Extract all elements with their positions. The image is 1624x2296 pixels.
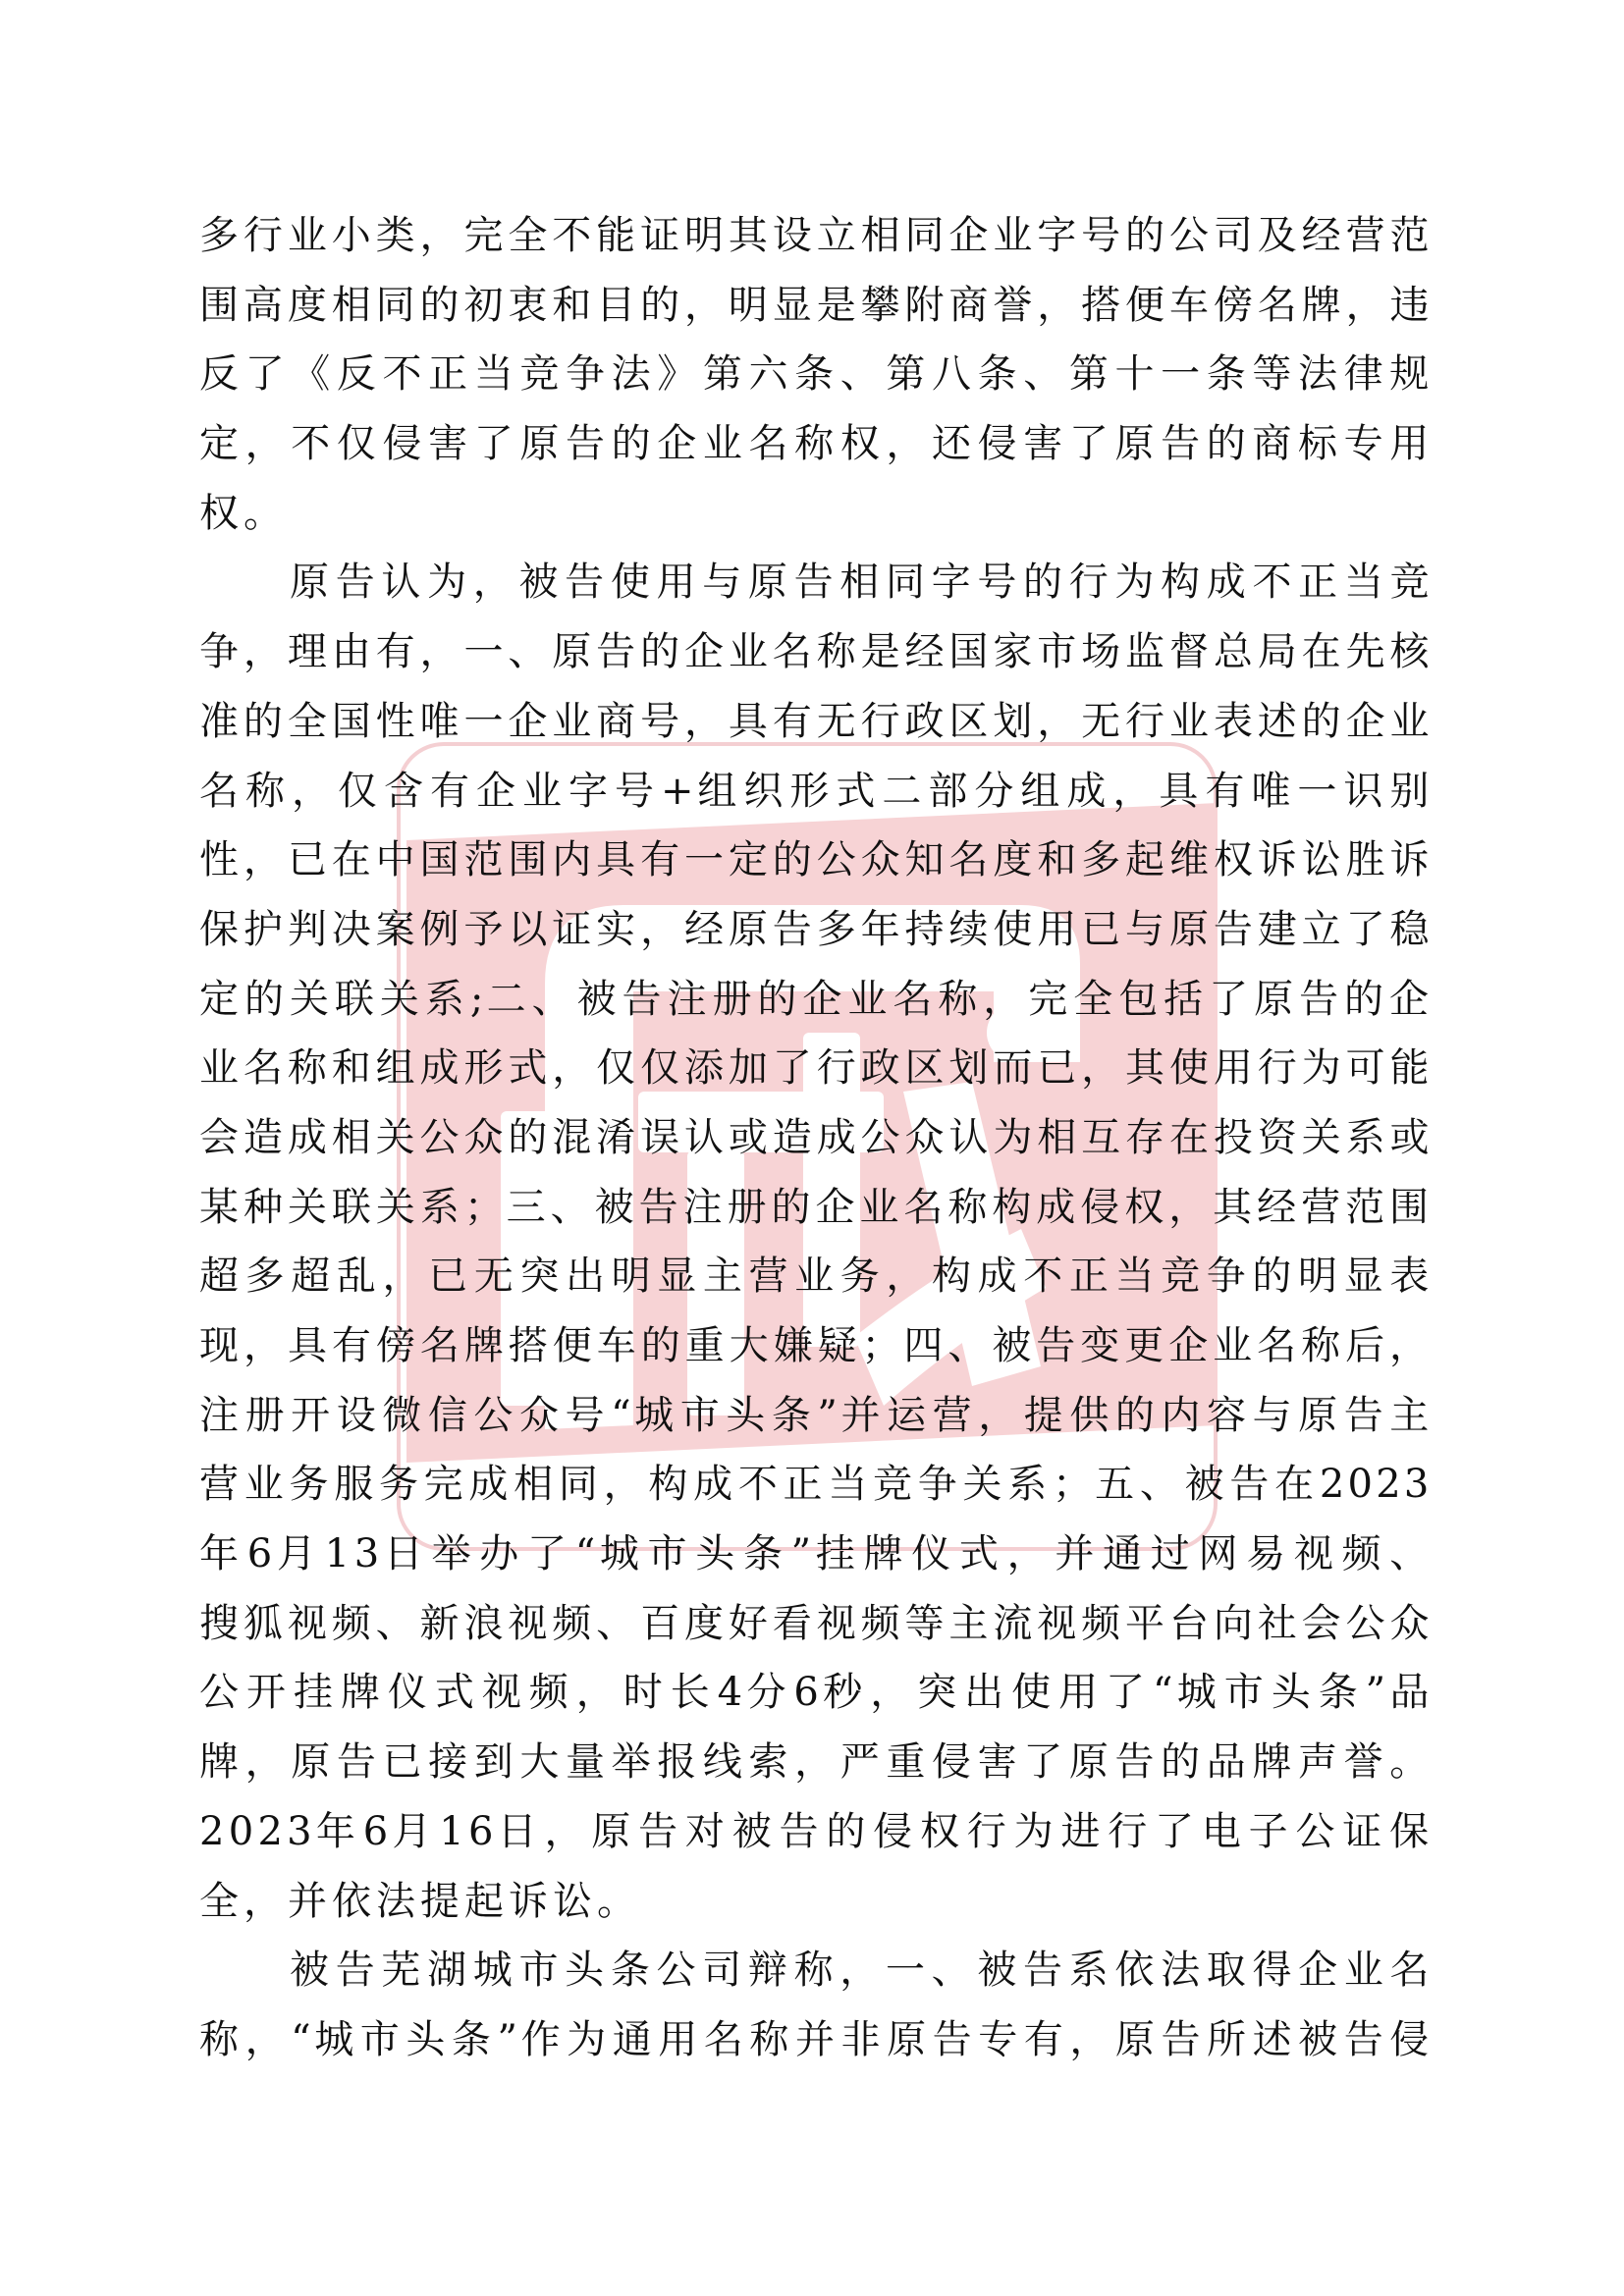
text-line: 某​ 种​ 关​ 联​ 关​ 系​ ；​ 三​ 、​ 被​ 告​ 注​ 册​ 的… <box>199 1173 1429 1243</box>
text-line: 多​ 行​ 业​ 小​ 类​ ，​ 完​ 全​ 不​ 能​ 证​ 明​ 其​ 设… <box>199 201 1429 271</box>
text-line: 超​ 多​ 超​ 乱​ ，​ 已​ 无​ 突​ 出​ 明​ 显​ 主​ 营​ 业… <box>199 1242 1429 1311</box>
paragraph-1: 多​ 行​ 业​ 小​ 类​ ，​ 完​ 全​ 不​ 能​ 证​ 明​ 其​ 设… <box>199 201 1429 548</box>
text-line: 准​ 的​ 全​ 国​ 性​ 唯​ 一​ 企​ 业​ 商​ 号​ ，​ 具​ 有… <box>199 687 1429 757</box>
document-body: 多​ 行​ 业​ 小​ 类​ ，​ 完​ 全​ 不​ 能​ 证​ 明​ 其​ 设… <box>199 201 1429 2075</box>
text-line: 会​ 造​ 成​ 相​ 关​ 公​ 众​ 的​ 混​ 淆​ 误​ 认​ 或​ 造… <box>199 1103 1429 1173</box>
document-page: 多​ 行​ 业​ 小​ 类​ ，​ 完​ 全​ 不​ 能​ 证​ 明​ 其​ 设… <box>0 0 1624 2296</box>
text-line: 现​ ，​ 具​ 有​ 傍​ 名​ 牌​ 搭​ 便​ 车​ 的​ 重​ 大​ 嫌… <box>199 1311 1429 1381</box>
text-line: 名​ 称​ ，​ 仅​ 含​ 有​ 企​ 业​ 字​ 号​ +​ 组​ 织​ 形… <box>199 757 1429 827</box>
text-line: 称​ ，​ “​ 城​ 市​ 头​ 条​ ”​ 作​ 为​ 通​ 用​ 名​ 称… <box>199 2005 1429 2075</box>
paragraph-2: 原​ 告​ 认​ 为​ ，​ 被​ 告​ 使​ 用​ 与​ 原​ 告​ 相​ 同… <box>199 548 1429 1936</box>
text-line: 被​ 告​ 芜​ 湖​ 城​ 市​ 头​ 条​ 公​ 司​ 辩​ 称​ ，​ 一… <box>199 1936 1429 2005</box>
text-line: 公​ 开​ 挂​ 牌​ 仪​ 式​ 视​ 频​ ，​ 时​ 长 4 分 6 秒​… <box>199 1658 1429 1728</box>
text-line: 业​ 名​ 称​ 和​ 组​ 成​ 形​ 式​ ，​ 仅​ 仅​ 添​ 加​ 了… <box>199 1034 1429 1103</box>
text-line: 牌​ ，​ 原​ 告​ 已​ 接​ 到​ 大​ 量​ 举​ 报​ 线​ 索​ ，… <box>199 1728 1429 1797</box>
text-line: 围​ 高​ 度​ 相​ 同​ 的​ 初​ 衷​ 和​ 目​ 的​ ，​ 明​ 显… <box>199 271 1429 341</box>
text-line: 搜​ 狐​ 视​ 频​ 、​ 新​ 浪​ 视​ 频​ 、​ 百​ 度​ 好​ 看… <box>199 1589 1429 1659</box>
text-line: 定​ ，​ 不​ 仅​ 侵​ 害​ 了​ 原​ 告​ 的​ 企​ 业​ 名​ 称… <box>199 409 1429 479</box>
text-line: 争​ ，​ 理​ 由​ 有​ ，​ 一​ 、​ 原​ 告​ 的​ 企​ 业​ 名… <box>199 617 1429 687</box>
text-line: 权。 <box>199 479 1429 549</box>
text-line: 定​ 的​ 关​ 联​ 关​ 系​ ;​ 二​ 、​ 被​ 告​ 注​ 册​ 的… <box>199 965 1429 1035</box>
text-line: 全，并依法提起诉讼。 <box>199 1867 1429 1937</box>
text-line: 保​ 护​ 判​ 决​ 案​ 例​ 予​ 以​ 证​ 实​ ，​ 经​ 原​ 告… <box>199 895 1429 965</box>
paragraph-3: 被​ 告​ 芜​ 湖​ 城​ 市​ 头​ 条​ 公​ 司​ 辩​ 称​ ，​ 一… <box>199 1936 1429 2074</box>
text-line: 原​ 告​ 认​ 为​ ，​ 被​ 告​ 使​ 用​ 与​ 原​ 告​ 相​ 同… <box>199 548 1429 617</box>
text-line: 营​ 业​ 务​ 服​ 务​ 完​ 成​ 相​ 同​ ，​ 构​ 成​ 不​ 正… <box>199 1450 1429 1520</box>
text-line: 性​ ，​ 已​ 在​ 中​ 国​ 范​ 围​ 内​ 具​ 有​ 一​ 定​ 的… <box>199 826 1429 895</box>
text-line: 年 6 月 1​ 3 日​ 举​ 办​ 了​ “​ 城​ 市​ 头​ 条​ ”​… <box>199 1520 1429 1589</box>
text-line: 反​ 了​ 《​ 反​ 不​ 正​ 当​ 竞​ 争​ 法​ 》​ 第​ 六​ 条… <box>199 340 1429 409</box>
text-line: 注​ 册​ 开​ 设​ 微​ 信​ 公​ 众​ 号​ “​ 城​ 市​ 头​ 条… <box>199 1381 1429 1451</box>
text-line: 2​ 0​ 2​ 3 年 6 月 1​ 6 日​ ，​ 原​ 告​ 对​ 被​ … <box>199 1797 1429 1867</box>
